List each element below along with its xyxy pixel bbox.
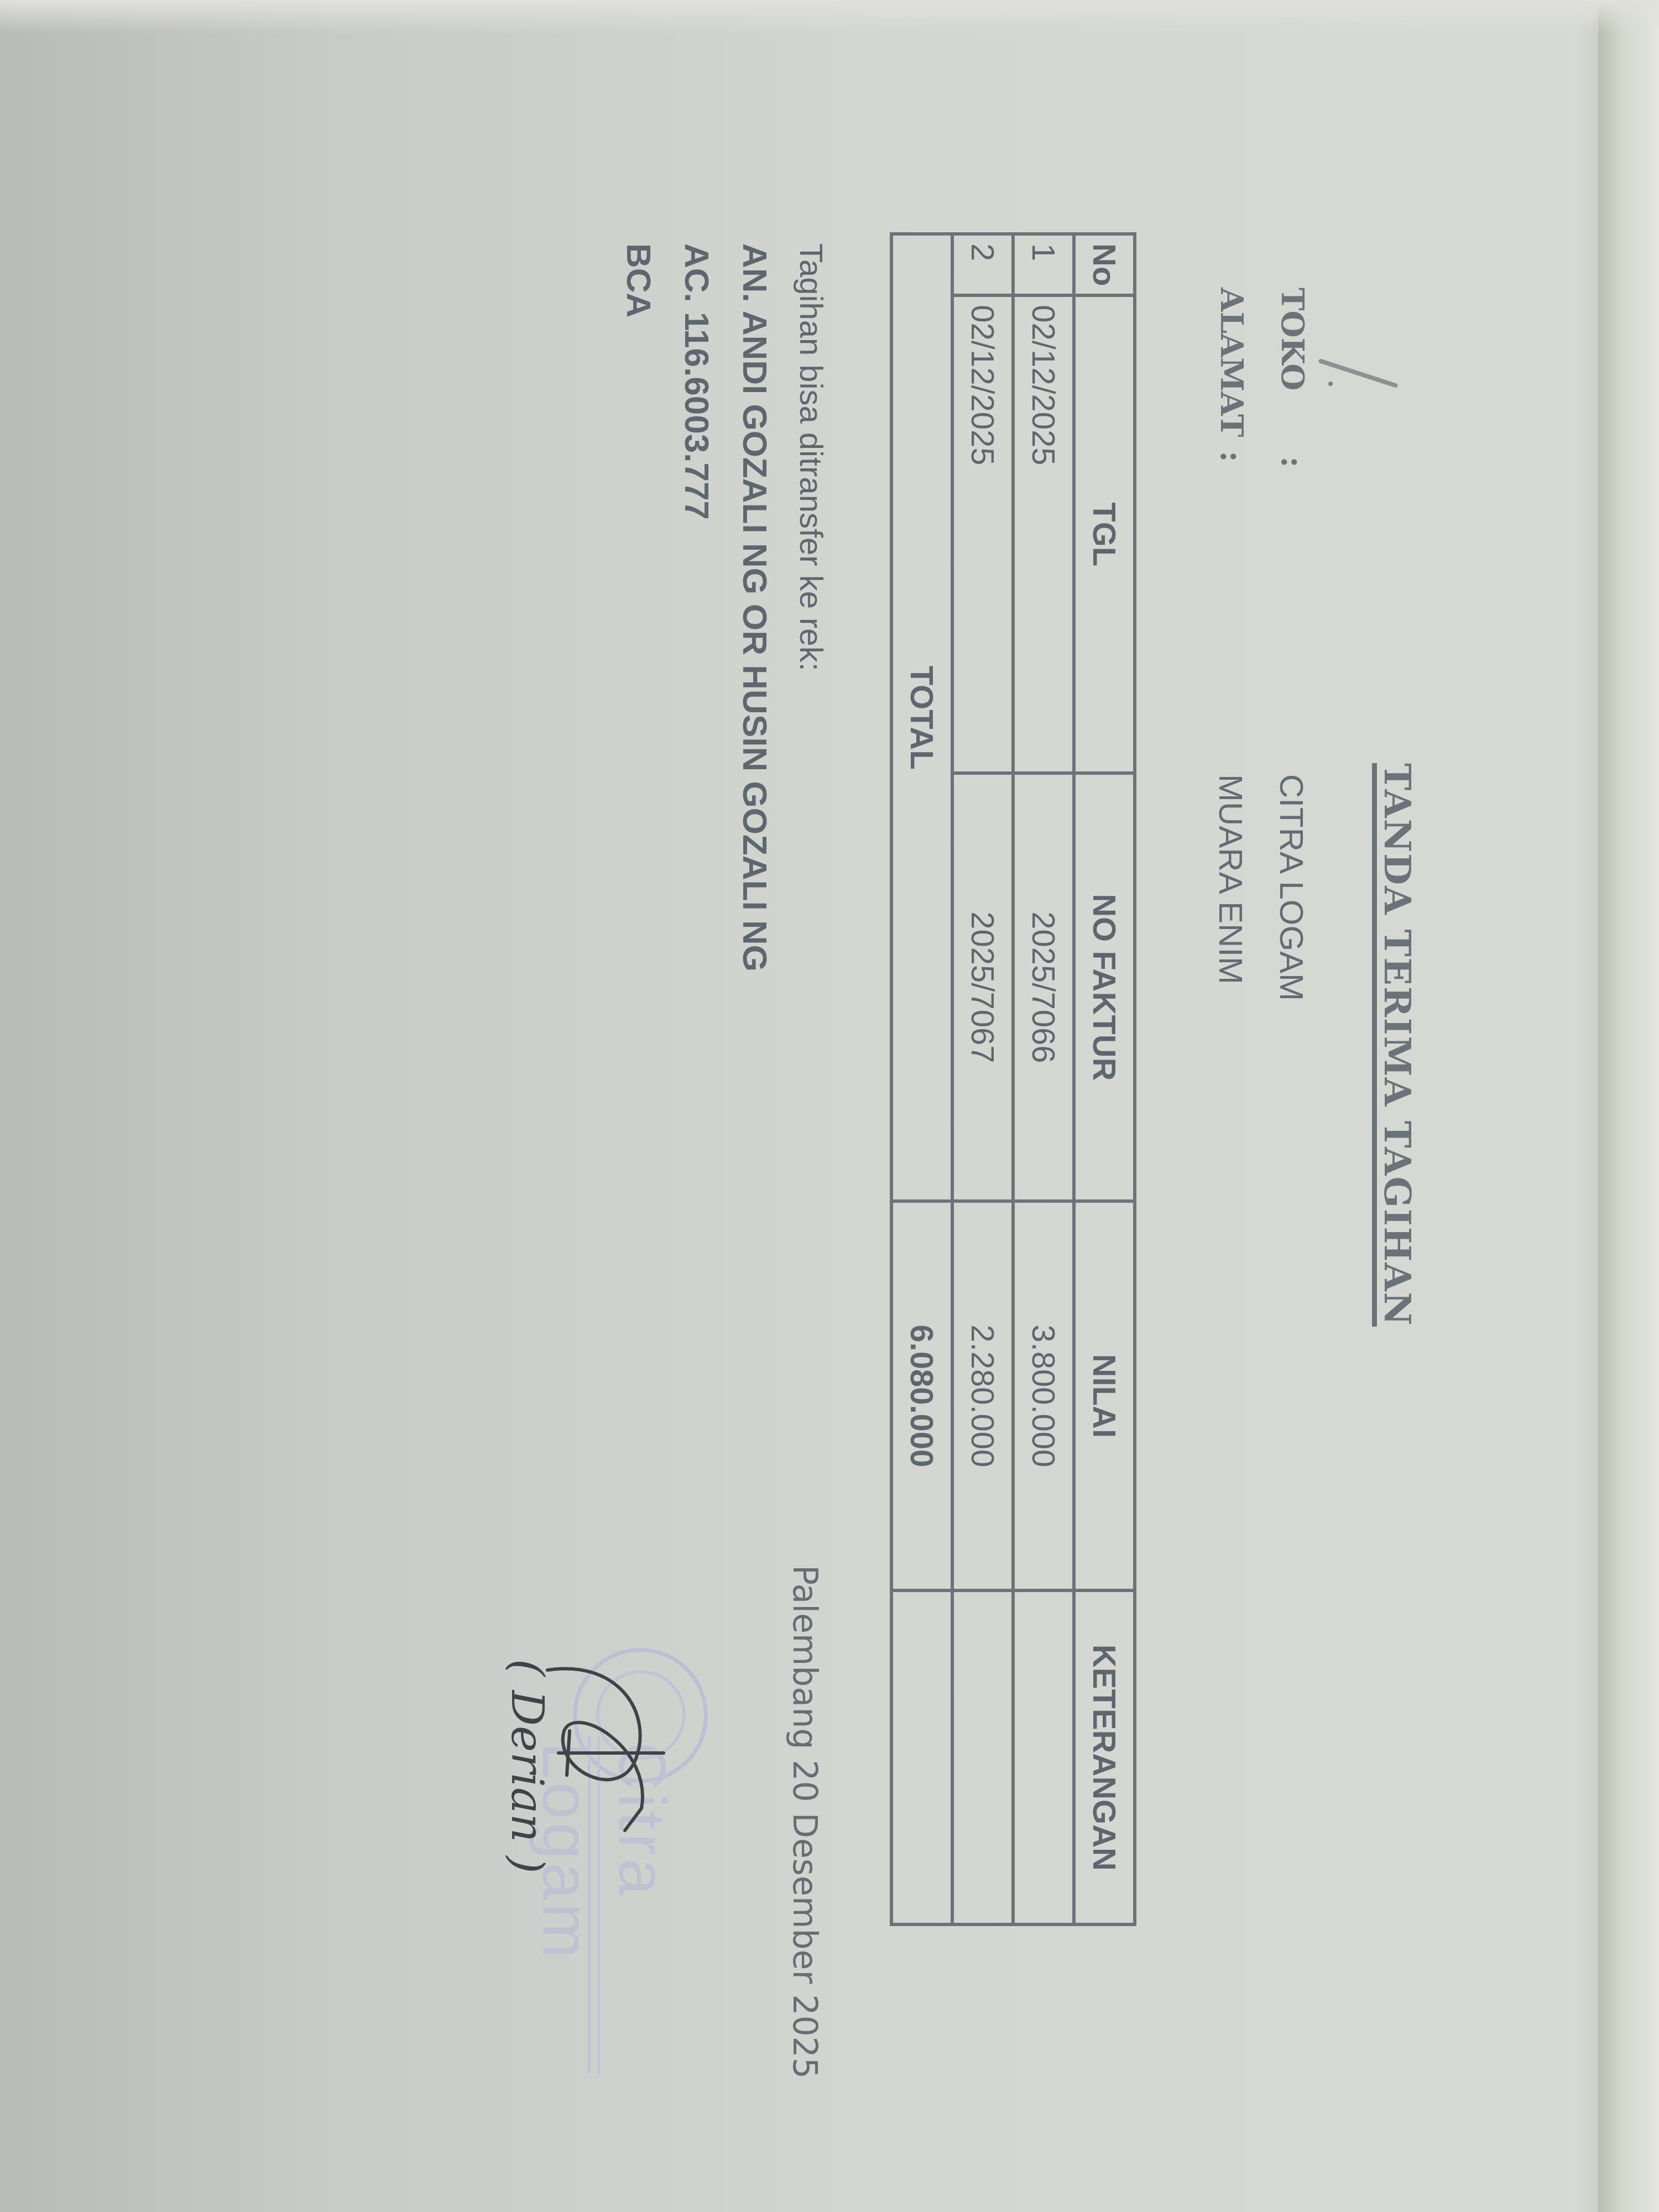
header-tgl: TGL	[1074, 295, 1135, 773]
pen-dot	[1328, 382, 1333, 386]
cell-tgl: 02/12/2025	[1013, 295, 1074, 773]
cell-nilai: 2.280.000	[952, 1201, 1013, 1590]
cell-no-faktur: 2025/7067	[952, 773, 1013, 1201]
total-keterangan	[891, 1590, 952, 1924]
cell-keterangan	[1013, 1590, 1074, 1924]
place-date: Palembang 20 Desember 2025	[785, 1565, 824, 2079]
signer-name: ( Derian )	[502, 1659, 553, 1874]
table-row: 2 02/12/2025 2025/7067 2.280.000	[952, 234, 1013, 1924]
header-keterangan: KETERANGAN	[1074, 1590, 1135, 1924]
invoice-table: No TGL NO FAKTUR NILAI KETERANGAN 1 02/1…	[890, 232, 1136, 1926]
total-value: 6.080.000	[891, 1201, 952, 1590]
bank-name: BCA	[619, 243, 658, 317]
header-no-faktur: NO FAKTUR	[1074, 773, 1135, 1201]
payment-instruction: Tagihan bisa ditransfer ke rek:	[792, 243, 830, 671]
table-row: 1 02/12/2025 2025/7066 3.800.000	[1013, 234, 1074, 1924]
total-label: TOTAL	[891, 234, 952, 1201]
address-colon: :	[1213, 451, 1250, 462]
store-colon: :	[1274, 456, 1311, 468]
account-holder: AN. ANDI GOZALI NG OR HUSIN GOZALI NG	[735, 243, 774, 972]
cell-no-faktur: 2025/7066	[1013, 773, 1074, 1201]
header-nilai: NILAI	[1074, 1201, 1135, 1590]
cell-no: 1	[1013, 234, 1074, 295]
address-value: MUARA ENIM	[1212, 774, 1250, 984]
table-total-row: TOTAL 6.080.000	[891, 234, 952, 1924]
address-label: ALAMAT	[1213, 288, 1250, 437]
header-no: No	[1074, 234, 1135, 295]
store-label: TOKO	[1274, 288, 1311, 390]
table-header-row: No TGL NO FAKTUR NILAI KETERANGAN	[1074, 234, 1135, 1924]
cell-nilai: 3.800.000	[1013, 1201, 1074, 1590]
cell-tgl: 02/12/2025	[952, 295, 1013, 773]
cell-keterangan	[952, 1590, 1013, 1924]
document-title: TANDA TERIMA TAGIHAN	[1372, 763, 1416, 1327]
cell-no: 2	[952, 234, 1013, 295]
invoice-receipt-document: TANDA TERIMA TAGIHAN TOKO : CITRA LOGAM …	[0, 0, 1659, 2212]
store-value: CITRA LOGAM	[1272, 774, 1311, 1001]
account-number: AC. 116.6003.777	[677, 243, 716, 520]
